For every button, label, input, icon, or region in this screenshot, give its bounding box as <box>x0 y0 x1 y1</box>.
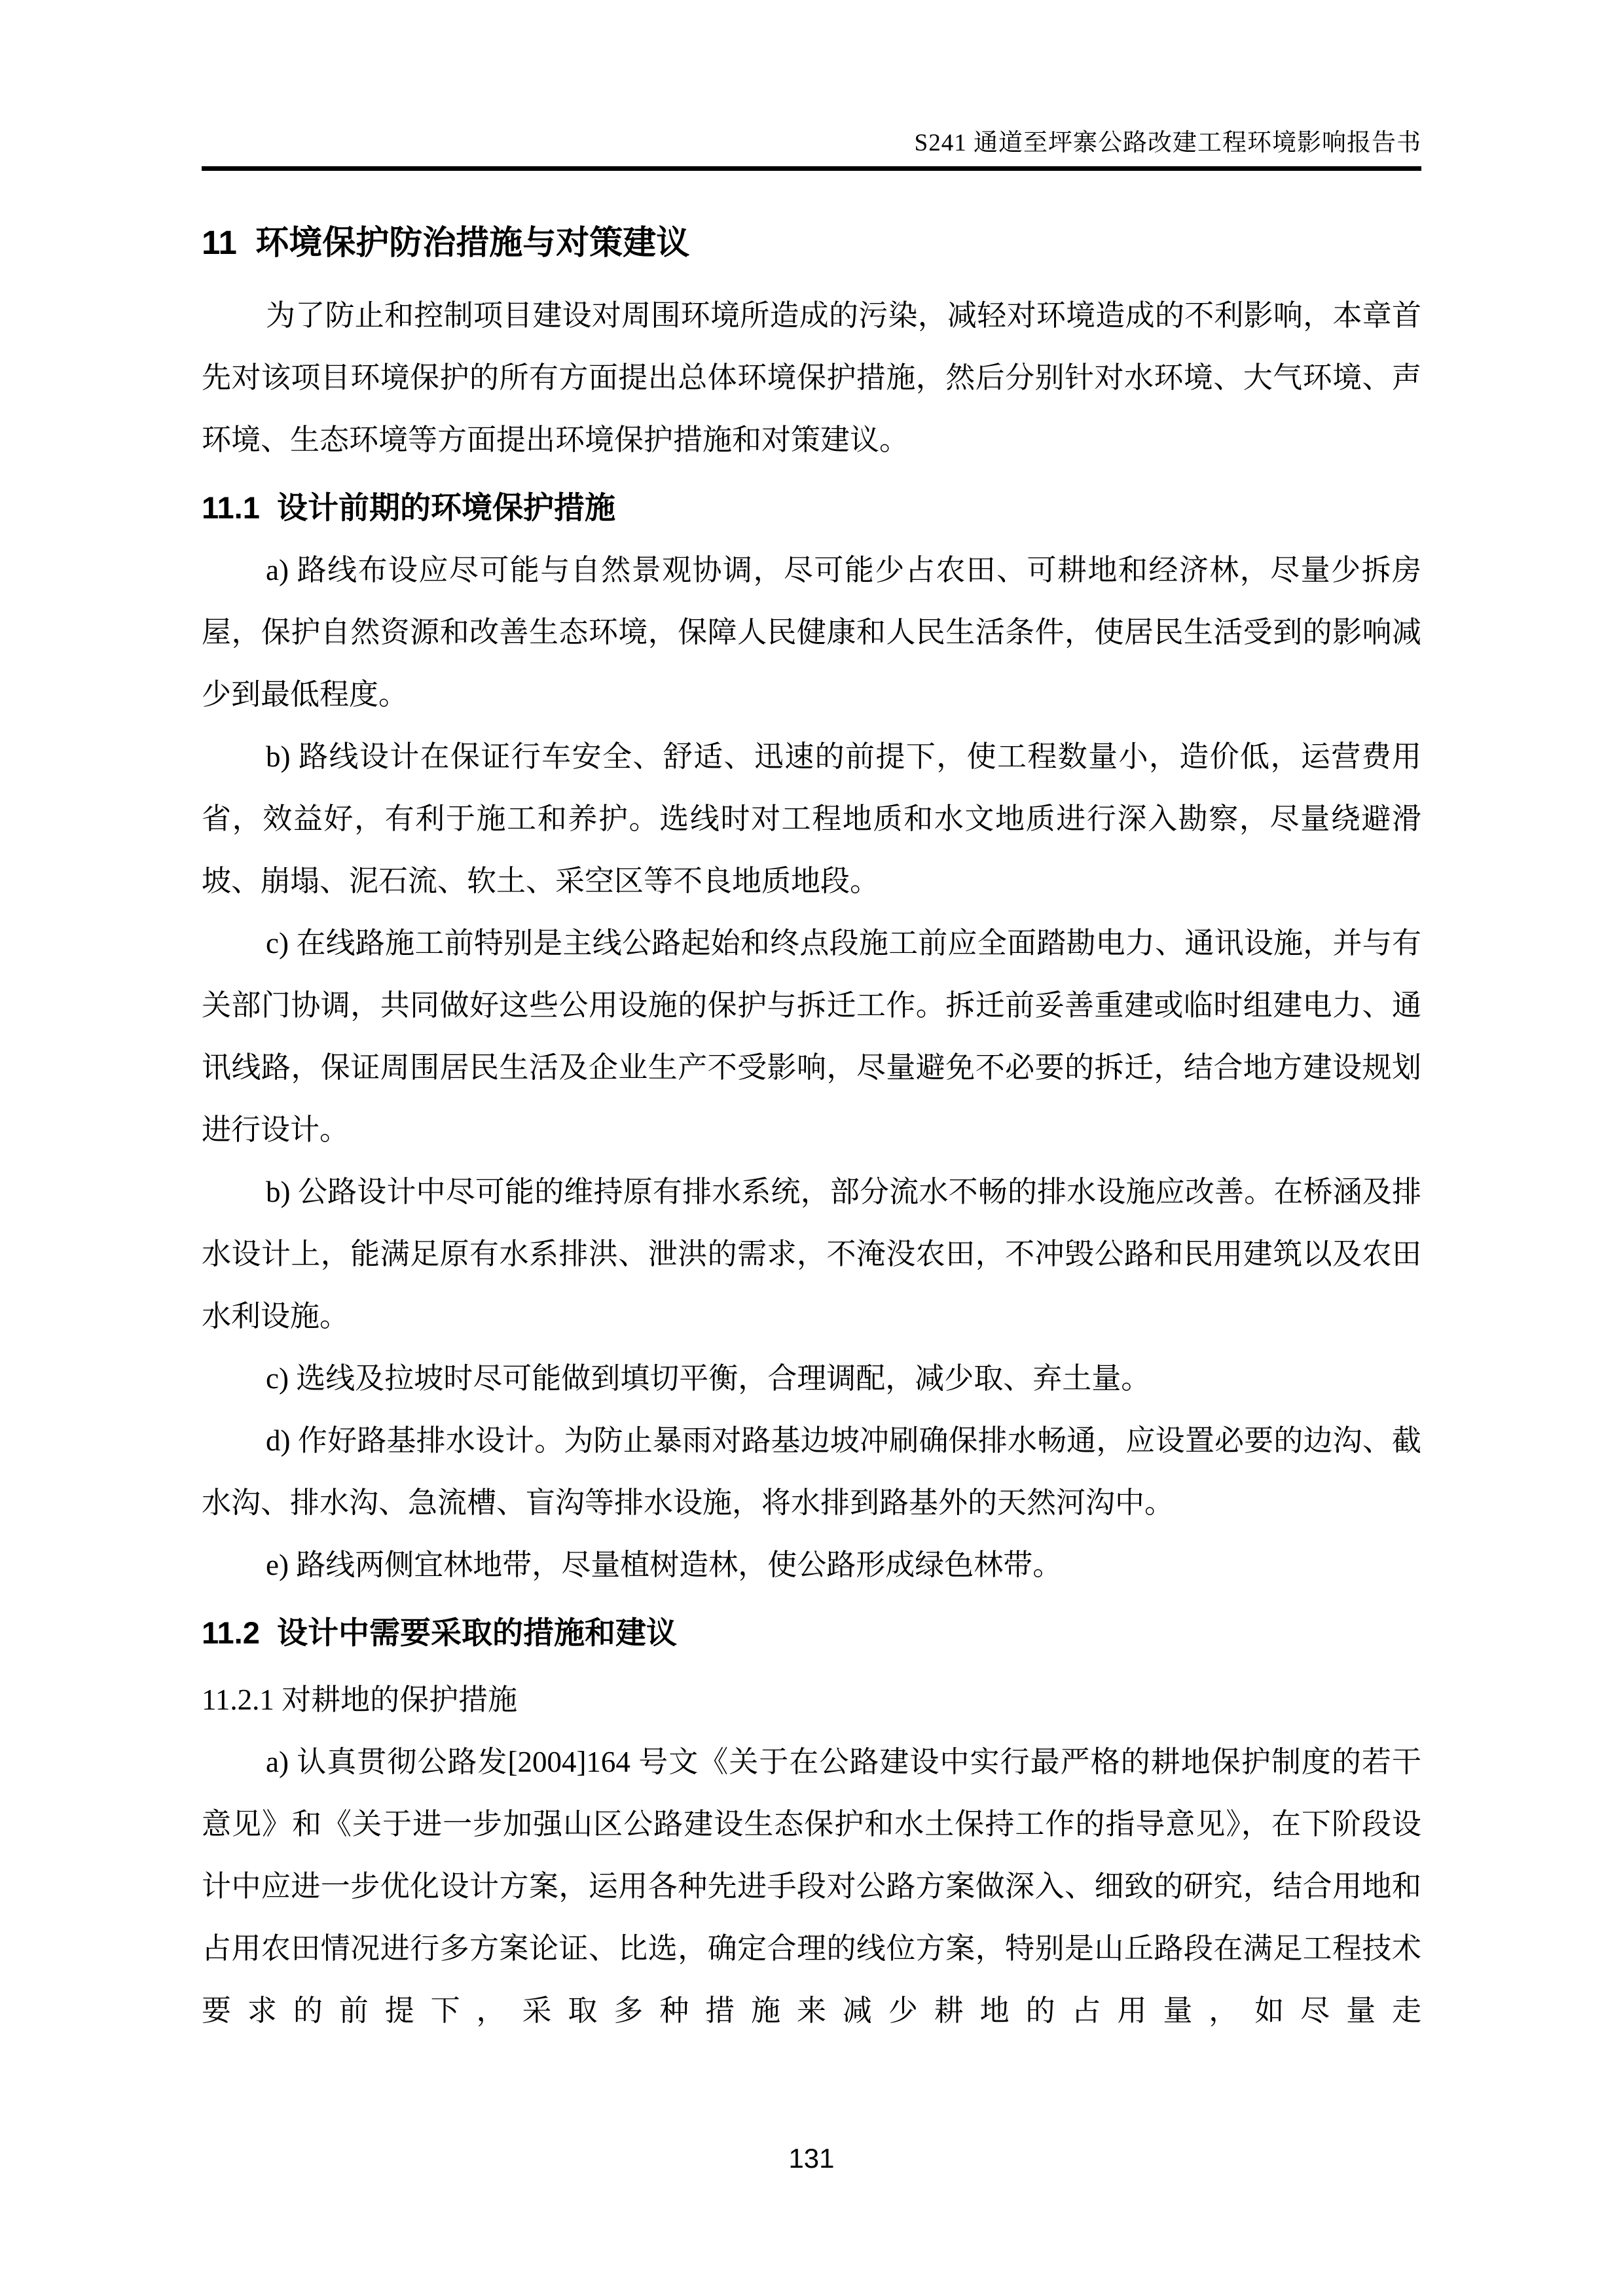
document-page: S241 通道至坪寨公路改建工程环境影响报告书 11 环境保护防治措施与对策建议… <box>0 0 1623 2296</box>
page-content: S241 通道至坪寨公路改建工程环境影响报告书 11 环境保护防治措施与对策建议… <box>202 128 1421 2042</box>
list-item-c: c) 在线路施工前特别是主线公路起始和终点段施工前应全面踏勘电力、通讯设施，并与… <box>202 912 1421 1161</box>
page-footer: 131 <box>0 2142 1623 2176</box>
list-item-e: e) 路线两侧宜林地带，尽量植树造林，使公路形成绿色林带。 <box>202 1534 1421 1596</box>
page-header: S241 通道至坪寨公路改建工程环境影响报告书 <box>202 128 1421 171</box>
list-item-c2: c) 选线及拉坡时尽可能做到填切平衡，合理调配，减少取、弃土量。 <box>202 1348 1421 1410</box>
header-rule <box>202 166 1421 171</box>
chapter-heading: 11 环境保护防治措施与对策建议 <box>202 210 1421 276</box>
intro-paragraph: 为了防止和控制项目建设对周围环境所造成的污染，减轻对环境造成的不利影响，本章首先… <box>202 285 1421 471</box>
list-item-b2: b) 公路设计中尽可能的维持原有排水系统，部分流水不畅的排水设施应改善。在桥涵及… <box>202 1161 1421 1348</box>
running-header-title: S241 通道至坪寨公路改建工程环境影响报告书 <box>202 128 1421 158</box>
paragraph-11-2-1-a: a) 认真贯彻公路发[2004]164 号文《关于在公路建设中实行最严格的耕地保… <box>202 1731 1421 2042</box>
list-item-a: a) 路线布设应尽可能与自然景观协调，尽可能少占农田、可耕地和经济林，尽量少拆房… <box>202 539 1421 726</box>
page-number: 131 <box>788 2143 834 2174</box>
list-item-d: d) 作好路基排水设计。为防止暴雨对路基边坡冲刷确保排水畅通，应设置必要的边沟、… <box>202 1410 1421 1534</box>
section-11-1-heading: 11.1 设计前期的环境保护措施 <box>202 476 1421 539</box>
list-item-b: b) 路线设计在保证行车安全、舒适、迅速的前提下，使工程数量小，造价低，运营费用… <box>202 726 1421 912</box>
section-11-2-heading: 11.2 设计中需要采取的措施和建议 <box>202 1602 1421 1664</box>
section-11-2-1-heading: 11.2.1 对耕地的保护措施 <box>202 1668 1421 1731</box>
